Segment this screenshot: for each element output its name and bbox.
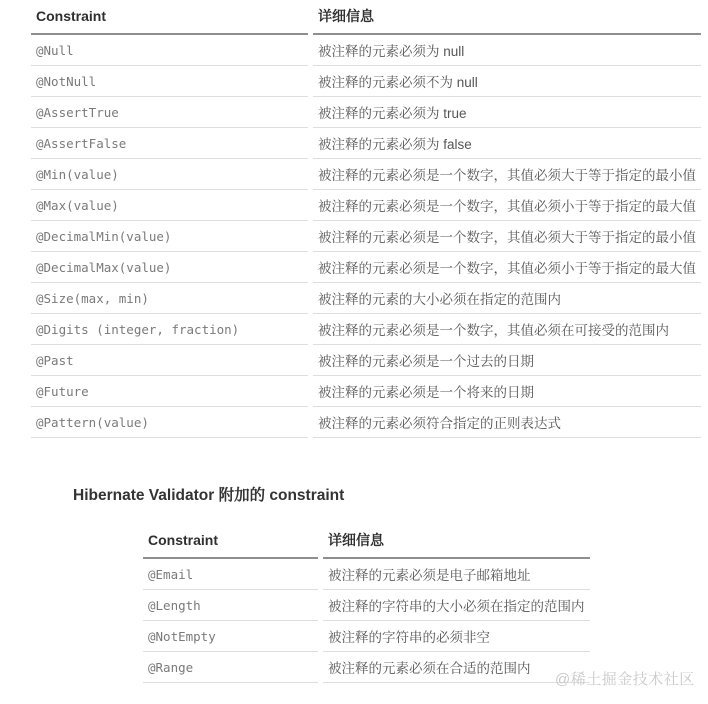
detail-column-header: 详细信息: [313, 6, 701, 35]
detail-cell: 被注释的元素必须为 false: [313, 128, 701, 159]
constraint-cell: @Future: [31, 376, 308, 407]
table-row: @NotNull被注释的元素必须不为 null: [31, 66, 701, 97]
table-row: @Null被注释的元素必须为 null: [31, 35, 701, 66]
table-header-row: Constraint 详细信息: [31, 6, 701, 35]
constraint-cell: @NotNull: [31, 66, 308, 97]
bean-validation-constraint-table: Constraint 详细信息 @Null被注释的元素必须为 null@NotN…: [26, 6, 706, 438]
constraint-cell: @Pattern(value): [31, 407, 308, 438]
constraint-cell: @Range: [143, 652, 318, 683]
constraint-cell: @AssertTrue: [31, 97, 308, 128]
constraint-table-body: @Null被注释的元素必须为 null@NotNull被注释的元素必须不为 nu…: [31, 35, 701, 438]
constraint-cell: @DecimalMin(value): [31, 221, 308, 252]
table-row: @AssertTrue被注释的元素必须为 true: [31, 97, 701, 128]
table-row: @Future被注释的元素必须是一个将来的日期: [31, 376, 701, 407]
table-header: Constraint 详细信息: [143, 530, 590, 559]
constraint-cell: @Min(value): [31, 159, 308, 190]
table-row: @Email被注释的元素必须是电子邮箱地址: [143, 559, 590, 590]
table-row: @Min(value)被注释的元素必须是一个数字，其值必须大于等于指定的最小值: [31, 159, 701, 190]
detail-cell: 被注释的元素必须不为 null: [313, 66, 701, 97]
table-row: @Past被注释的元素必须是一个过去的日期: [31, 345, 701, 376]
detail-cell: 被注释的元素必须是电子邮箱地址: [323, 559, 590, 590]
table-header: Constraint 详细信息: [31, 6, 701, 35]
constraint-cell: @Past: [31, 345, 308, 376]
constraint-cell: @Length: [143, 590, 318, 621]
detail-cell: 被注释的元素必须在合适的范围内: [323, 652, 590, 683]
constraint-cell: @Digits (integer, fraction): [31, 314, 308, 345]
section-heading: Hibernate Validator 附加的 constraint: [73, 483, 344, 505]
detail-cell: 被注释的元素必须是一个数字，其值必须大于等于指定的最小值: [313, 159, 701, 190]
table-row: @Pattern(value)被注释的元素必须符合指定的正则表达式: [31, 407, 701, 438]
detail-cell: 被注释的元素必须是一个数字，其值必须在可接受的范围内: [313, 314, 701, 345]
detail-column-header: 详细信息: [323, 530, 590, 559]
table-row: @Max(value)被注释的元素必须是一个数字，其值必须小于等于指定的最大值: [31, 190, 701, 221]
detail-cell: 被注释的元素必须是一个数字，其值必须小于等于指定的最大值: [313, 252, 701, 283]
detail-cell: 被注释的元素必须是一个将来的日期: [313, 376, 701, 407]
constraint-column-header: Constraint: [31, 6, 308, 35]
table-row: @Size(max, min)被注释的元素的大小必须在指定的范围内: [31, 283, 701, 314]
detail-cell: 被注释的元素必须是一个数字，其值必须大于等于指定的最小值: [313, 221, 701, 252]
detail-cell: 被注释的元素必须为 null: [313, 35, 701, 66]
constraint-cell: @Max(value): [31, 190, 308, 221]
constraint-cell: @AssertFalse: [31, 128, 308, 159]
table-row: @DecimalMin(value)被注释的元素必须是一个数字，其值必须大于等于…: [31, 221, 701, 252]
constraint-table-body: @Email被注释的元素必须是电子邮箱地址@Length被注释的字符串的大小必须…: [143, 559, 590, 683]
constraint-column-header: Constraint: [143, 530, 318, 559]
table-row: @AssertFalse被注释的元素必须为 false: [31, 128, 701, 159]
detail-cell: 被注释的元素必须是一个数字，其值必须小于等于指定的最大值: [313, 190, 701, 221]
detail-cell: 被注释的元素必须为 true: [313, 97, 701, 128]
detail-cell: 被注释的字符串的大小必须在指定的范围内: [323, 590, 590, 621]
table-row: @Length被注释的字符串的大小必须在指定的范围内: [143, 590, 590, 621]
table-row: @DecimalMax(value)被注释的元素必须是一个数字，其值必须小于等于…: [31, 252, 701, 283]
table-row: @Range被注释的元素必须在合适的范围内: [143, 652, 590, 683]
table-row: @Digits (integer, fraction)被注释的元素必须是一个数字…: [31, 314, 701, 345]
constraint-cell: @Size(max, min): [31, 283, 308, 314]
hibernate-validator-constraint-table: Constraint 详细信息 @Email被注释的元素必须是电子邮箱地址@Le…: [138, 530, 595, 683]
constraint-cell: @DecimalMax(value): [31, 252, 308, 283]
detail-cell: 被注释的字符串的必须非空: [323, 621, 590, 652]
table-header-row: Constraint 详细信息: [143, 530, 590, 559]
constraint-cell: @NotEmpty: [143, 621, 318, 652]
juejin-watermark: @稀土掘金技术社区: [555, 668, 695, 689]
constraint-cell: @Null: [31, 35, 308, 66]
detail-cell: 被注释的元素的大小必须在指定的范围内: [313, 283, 701, 314]
constraint-cell: @Email: [143, 559, 318, 590]
detail-cell: 被注释的元素必须符合指定的正则表达式: [313, 407, 701, 438]
detail-cell: 被注释的元素必须是一个过去的日期: [313, 345, 701, 376]
table-row: @NotEmpty被注释的字符串的必须非空: [143, 621, 590, 652]
